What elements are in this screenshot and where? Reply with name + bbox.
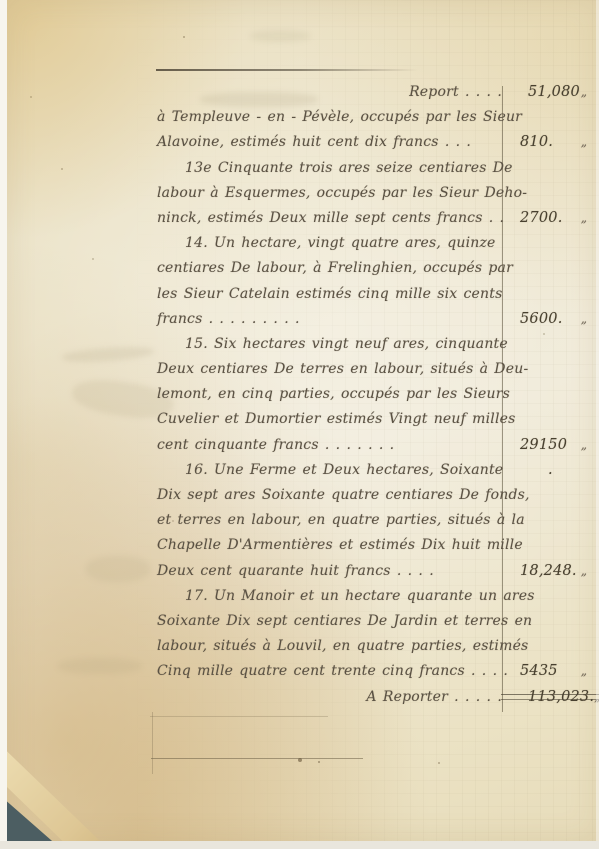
amount-cell: 113,023.„ <box>510 689 599 705</box>
amount-cell: 51,080„ <box>510 84 593 100</box>
amount-value: 113,023. <box>528 689 594 705</box>
line-text: Deux cent quarante huit francs . . . . <box>157 563 502 579</box>
line-text: 13e Cinquante trois ares seize centiares… <box>157 160 530 176</box>
ditto-mark: „ <box>581 664 586 678</box>
line-text: lemont, en cinq parties, occupés par les… <box>157 386 502 402</box>
line-text: Cinq mille quatre cent trente cinq franc… <box>157 663 502 679</box>
line-text: à Templeuve - en - Pévèle, occupés par l… <box>157 109 502 125</box>
line-text: francs . . . . . . . . . <box>157 311 502 327</box>
line-text: labour, situés à Louvil, en quatre parti… <box>157 638 502 654</box>
amount-value: 810. <box>520 134 553 150</box>
ditto-mark: „ <box>581 312 586 326</box>
manuscript-line: cent cinquante francs . . . . . . . 2915… <box>157 437 593 462</box>
amount-value: 2700. <box>520 210 563 226</box>
line-text: Soixante Dix sept centiares De Jardin et… <box>157 613 502 629</box>
manuscript-line: ninck, estimés Deux mille sept cents fra… <box>157 210 593 235</box>
manuscript-line: Deux cent quarante huit francs . . . . 1… <box>157 563 593 588</box>
line-text: cent cinquante francs . . . . . . . <box>157 437 502 453</box>
amount-value: 5600. <box>520 311 563 327</box>
ink-bleedthrough-smudge <box>86 556 150 582</box>
top-border-rule <box>156 69 418 71</box>
manuscript-line: et terres en labour, en quatre parties, … <box>157 512 593 537</box>
line-text: Alavoine, estimés huit cent dix francs .… <box>157 134 502 150</box>
manuscript-line: 17. Un Manoir et un hectare quarante un … <box>157 588 593 613</box>
line-text: centiares De labour, à Frelinghien, occu… <box>157 260 502 276</box>
ditto-mark: „ <box>581 564 586 578</box>
manuscript-line: à Templeuve - en - Pévèle, occupés par l… <box>157 109 593 134</box>
manuscript-line: labour, situés à Louvil, en quatre parti… <box>157 638 593 663</box>
line-text: et terres en labour, en quatre parties, … <box>157 512 502 528</box>
amount-value: 18,248. <box>520 563 577 579</box>
line-text: les Sieur Catelain estimés cinq mille si… <box>157 286 502 302</box>
amount-value: 5435 <box>520 663 558 679</box>
photo-edge-bottom <box>0 841 599 849</box>
line-text: 16. Une Ferme et Deux hectares, Soixante <box>157 462 530 478</box>
amount-cell: 5435„ <box>502 663 593 679</box>
amount-value: 29150 <box>520 437 567 453</box>
manuscript-line: 15. Six hectares vingt neuf ares, cinqua… <box>157 336 593 361</box>
ditto-mark: „ <box>581 211 586 225</box>
line-text: 17. Un Manoir et un hectare quarante un … <box>157 588 530 604</box>
manuscript-line: Report . . . . 51,080„ <box>157 84 593 109</box>
manuscript-line: Soixante Dix sept centiares De Jardin et… <box>157 613 593 638</box>
manuscript-line: Cuvelier et Dumortier estimés Vingt neuf… <box>157 411 593 436</box>
ink-bleedthrough-smudge <box>58 658 142 674</box>
manuscript-line: 14. Un hectare, vingt quatre ares, quinz… <box>157 235 593 260</box>
bottom-frame-rule <box>151 758 363 759</box>
amount-cell: 2700.„ <box>502 210 593 226</box>
line-text: Cuvelier et Dumortier estimés Vingt neuf… <box>157 411 502 427</box>
bottom-frame-rule <box>150 716 328 717</box>
scanned-manuscript-photo: Report . . . . 51,080„ à Templeuve - en … <box>0 0 599 849</box>
line-text: ninck, estimés Deux mille sept cents fra… <box>157 210 502 226</box>
manuscript-line: A Reporter . . . . . 113,023.„ <box>157 689 593 714</box>
manuscript-lines: Report . . . . 51,080„ à Templeuve - en … <box>157 84 593 714</box>
amount-cell: 18,248.„ <box>502 563 593 579</box>
line-text: A Reporter . . . . . <box>157 689 510 705</box>
manuscript-line: les Sieur Catelain estimés cinq mille si… <box>157 286 593 311</box>
manuscript-line: Cinq mille quatre cent trente cinq franc… <box>157 663 593 688</box>
manuscript-line: lemont, en cinq parties, occupés par les… <box>157 386 593 411</box>
ditto-mark: „ <box>581 438 586 452</box>
manuscript-line: 13e Cinquante trois ares seize centiares… <box>157 160 593 185</box>
line-text: 14. Un hectare, vingt quatre ares, quinz… <box>157 235 530 251</box>
manuscript-line: 16. Une Ferme et Deux hectares, Soixante… <box>157 462 593 487</box>
ink-bleedthrough-smudge <box>250 30 310 42</box>
line-text: labour à Esquermes, occupés par les Sieu… <box>157 185 502 201</box>
line-text: Report . . . . <box>157 84 510 100</box>
ditto-mark: „ <box>581 135 586 149</box>
line-text: Deux centiares De terres en labour, situ… <box>157 361 502 377</box>
line-text: Chapelle D'Armentières et estimés Dix hu… <box>157 537 502 553</box>
manuscript-line: francs . . . . . . . . . 5600.„ <box>157 311 593 336</box>
line-text: Dix sept ares Soixante quatre centiares … <box>157 487 502 503</box>
amount-cell: 810.„ <box>502 134 593 150</box>
manuscript-line: Chapelle D'Armentières et estimés Dix hu… <box>157 537 593 562</box>
manuscript-line: Alavoine, estimés huit cent dix francs .… <box>157 134 593 159</box>
ditto-mark: „ <box>581 85 586 99</box>
manuscript-line: labour à Esquermes, occupés par les Sieu… <box>157 185 593 210</box>
manuscript-line: Dix sept ares Soixante quatre centiares … <box>157 487 593 512</box>
photo-edge-left <box>0 0 7 849</box>
amount-cell: 29150„ <box>502 437 593 453</box>
amount-value: . <box>548 462 553 478</box>
amount-value: 51,080 <box>528 84 580 100</box>
bottom-frame-rule <box>152 712 153 774</box>
amount-cell: 5600.„ <box>502 311 593 327</box>
line-text: 15. Six hectares vingt neuf ares, cinqua… <box>157 336 530 352</box>
manuscript-line: Deux centiares De terres en labour, situ… <box>157 361 593 386</box>
manuscript-line: centiares De labour, à Frelinghien, occu… <box>157 260 593 285</box>
amount-cell: . <box>530 462 593 478</box>
